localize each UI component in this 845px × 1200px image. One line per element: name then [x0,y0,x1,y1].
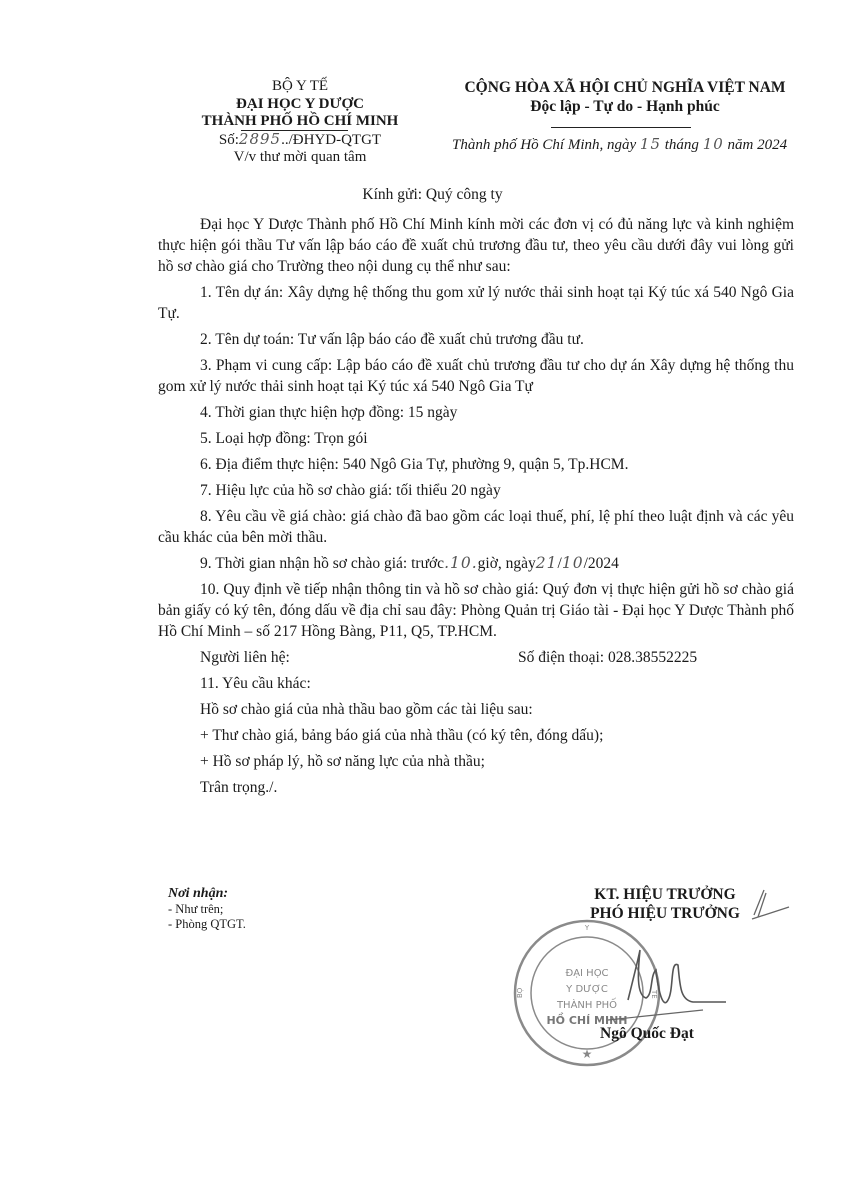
date-month-label: tháng [665,137,699,153]
item-8: 8. Yêu cầu về giá chào: giá chào đã bao … [158,506,794,548]
contact-line: Người liên hệ: Số điện thoại: 028.385522… [158,647,794,668]
signature-line2: PHÓ HIỆU TRƯỞNG [560,904,770,923]
item-3: 3. Phạm vi cung cấp: Lập báo cáo đề xuất… [158,355,794,397]
item9-month: 10 [562,554,584,572]
letter-body: Đại học Y Dược Thành phố Hồ Chí Minh kín… [158,214,794,803]
item-9: 9. Thời gian nhận hồ sơ chào giá: trước.… [158,553,794,574]
intro-paragraph: Đại học Y Dược Thành phố Hồ Chí Minh kín… [158,214,794,277]
recipients-title: Nơi nhận: [168,886,246,902]
item9-hour: .10. [444,554,478,572]
initial-mark-icon [744,885,794,925]
item-11-line: + Hồ sơ pháp lý, hồ sơ năng lực của nhà … [158,751,794,772]
recipients-block: Nơi nhận: - Như trên; - Phòng QTGT. [168,886,246,933]
document-subject: V/v thư mời quan tâm [160,149,440,167]
svg-text:BỘ: BỘ [515,987,524,998]
header-left-divider [241,130,348,131]
item9-hour-label: giờ, ngày [478,555,536,572]
item9-prefix: 9. Thời gian nhận hồ sơ chào giá: trước [200,555,444,572]
item-2: 2. Tên dự toán: Tư vấn lập báo cáo đề xu… [158,329,794,350]
item-4: 4. Thời gian thực hiện hợp đồng: 15 ngày [158,402,794,423]
item-1: 1. Tên dự án: Xây dựng hệ thống thu gom … [158,282,794,324]
handwritten-number: 2895 [239,130,281,148]
item-11-line: Hồ sơ chào giá của nhà thầu bao gồm các … [158,699,794,720]
header-right-divider [551,127,691,128]
item-6: 6. Địa điểm thực hiện: 540 Ngô Gia Tự, p… [158,454,794,475]
svg-text:★: ★ [582,1047,593,1061]
item-11-line: + Thư chào giá, bảng báo giá của nhà thầ… [158,725,794,746]
item-7: 7. Hiệu lực của hồ sơ chào giá: tối thiể… [158,480,794,501]
recipient-item: - Như trên; [168,902,246,918]
nation-name: CỘNG HÒA XÃ HỘI CHỦ NGHĨA VIỆT NAM [430,78,820,97]
university-name-line1: ĐẠI HỌC Y DƯỢC [160,96,440,114]
item9-year: /2024 [584,555,619,572]
item-10: 10. Quy định về tiếp nhận thông tin và h… [158,579,794,642]
document-number: Số:2895../ĐHYD-QTGT [160,131,440,150]
date-line: Thành phố Hồ Chí Minh, ngày 15 tháng 10 … [452,135,787,154]
number-dots: .. [281,132,289,148]
item9-day: 21 [536,554,558,572]
date-day: 15 [640,135,661,153]
national-motto: Độc lập - Tự do - Hạnh phúc [430,97,820,116]
greeting: Kính gửi: Quý công ty [0,186,845,204]
closing: Trân trọng./. [158,777,794,798]
date-month: 10 [703,135,724,153]
contact-phone: Số điện thoại: 028.38552225 [518,647,697,668]
handwritten-signature-icon [608,940,728,1030]
university-name-line2: THÀNH PHỐ HỒ CHÍ MINH [160,113,440,131]
signer-name: Ngô Quốc Đạt [600,1025,694,1043]
item-5: 5. Loại hợp đồng: Trọn gói [158,428,794,449]
svg-text:Y: Y [584,924,590,932]
svg-text:ĐẠI HỌC: ĐẠI HỌC [565,968,608,979]
number-suffix: /ĐHYD-QTGT [289,132,381,148]
contact-person-label: Người liên hệ: [200,647,518,668]
svg-text:Y DƯỢC: Y DƯỢC [565,984,608,995]
item-11-title: 11. Yêu cầu khác: [158,673,794,694]
national-header: CỘNG HÒA XÃ HỘI CHỦ NGHĨA VIỆT NAM Độc l… [430,78,820,116]
date-year: năm 2024 [728,137,788,153]
issuer-block: BỘ Y TẾ ĐẠI HỌC Y DƯỢC THÀNH PHỐ HỒ CHÍ … [160,78,440,167]
signature-line1: KT. HIỆU TRƯỞNG [560,885,770,904]
recipient-item: - Phòng QTGT. [168,917,246,933]
date-prefix: Thành phố Hồ Chí Minh, ngày [452,137,636,153]
signature-title: KT. HIỆU TRƯỞNG PHÓ HIỆU TRƯỞNG [560,885,770,923]
number-prefix: Số: [219,132,239,148]
ministry-name: BỘ Y TẾ [160,78,440,96]
